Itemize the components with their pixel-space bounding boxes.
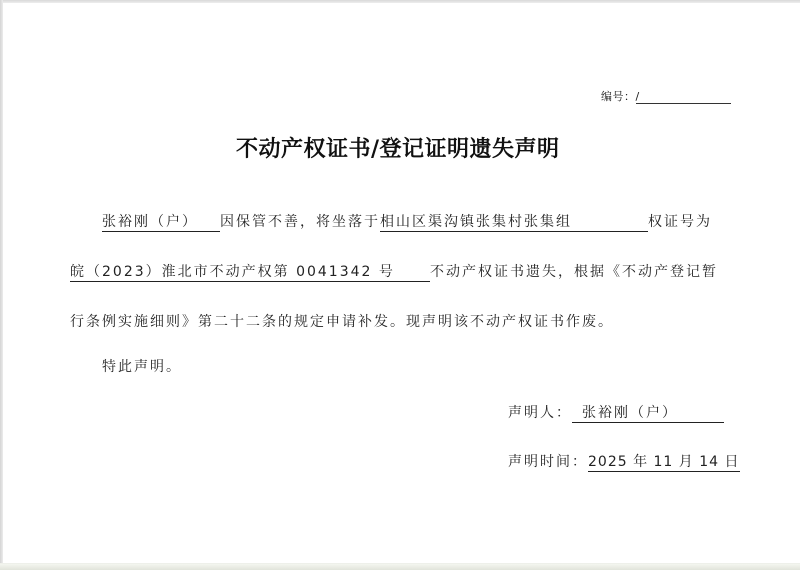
paragraph-line-2: 皖（2023）淮北市不动产权第 0041342 号不动产权证书遗失，根据《不动产… — [70, 261, 718, 282]
text-after-applicant: 因保管不善，将坐落于 — [220, 214, 380, 230]
declarant-value: 张裕刚（户） — [572, 404, 724, 423]
text-after-certificate: 不动产权证书遗失，根据《不动产登记暂 — [430, 264, 718, 280]
page-bottom-edge — [0, 563, 800, 570]
page-top-edge — [0, 0, 800, 3]
date-label: 声明时间： — [508, 454, 588, 470]
document-page: 编号：/ 不动产权证书/登记证明遗失声明 张裕刚（户）因保管不善，将坐落于相山区… — [0, 0, 800, 570]
date-value: 2025 年 11 月 14 日 — [588, 453, 740, 472]
property-location: 相山区渠沟镇张集村张集组 — [380, 213, 648, 232]
paragraph-line-1: 张裕刚（户）因保管不善，将坐落于相山区渠沟镇张集村张集组权证号为 — [102, 211, 712, 232]
serial-value: / — [636, 91, 731, 104]
applicant-name: 张裕刚（户） — [102, 213, 220, 232]
closing-statement: 特此声明。 — [102, 356, 182, 376]
certificate-number: 皖（2023）淮北市不动产权第 0041342 号 — [70, 263, 430, 282]
serial-label: 编号： — [601, 90, 636, 103]
text-after-location: 权证号为 — [648, 214, 712, 230]
declaration-date-row: 声明时间：2025 年 11 月 14 日 — [508, 451, 740, 472]
declarant-label: 声明人： — [508, 405, 572, 421]
document-title: 不动产权证书/登记证明遗失声明 — [236, 132, 560, 163]
paragraph-line-3: 行条例实施细则》第二十二条的规定申请补发。现声明该不动产权证书作废。 — [70, 311, 614, 331]
serial-number: 编号：/ — [601, 88, 731, 104]
declarant-row: 声明人：张裕刚（户） — [508, 402, 724, 423]
page-left-edge — [0, 0, 3, 570]
